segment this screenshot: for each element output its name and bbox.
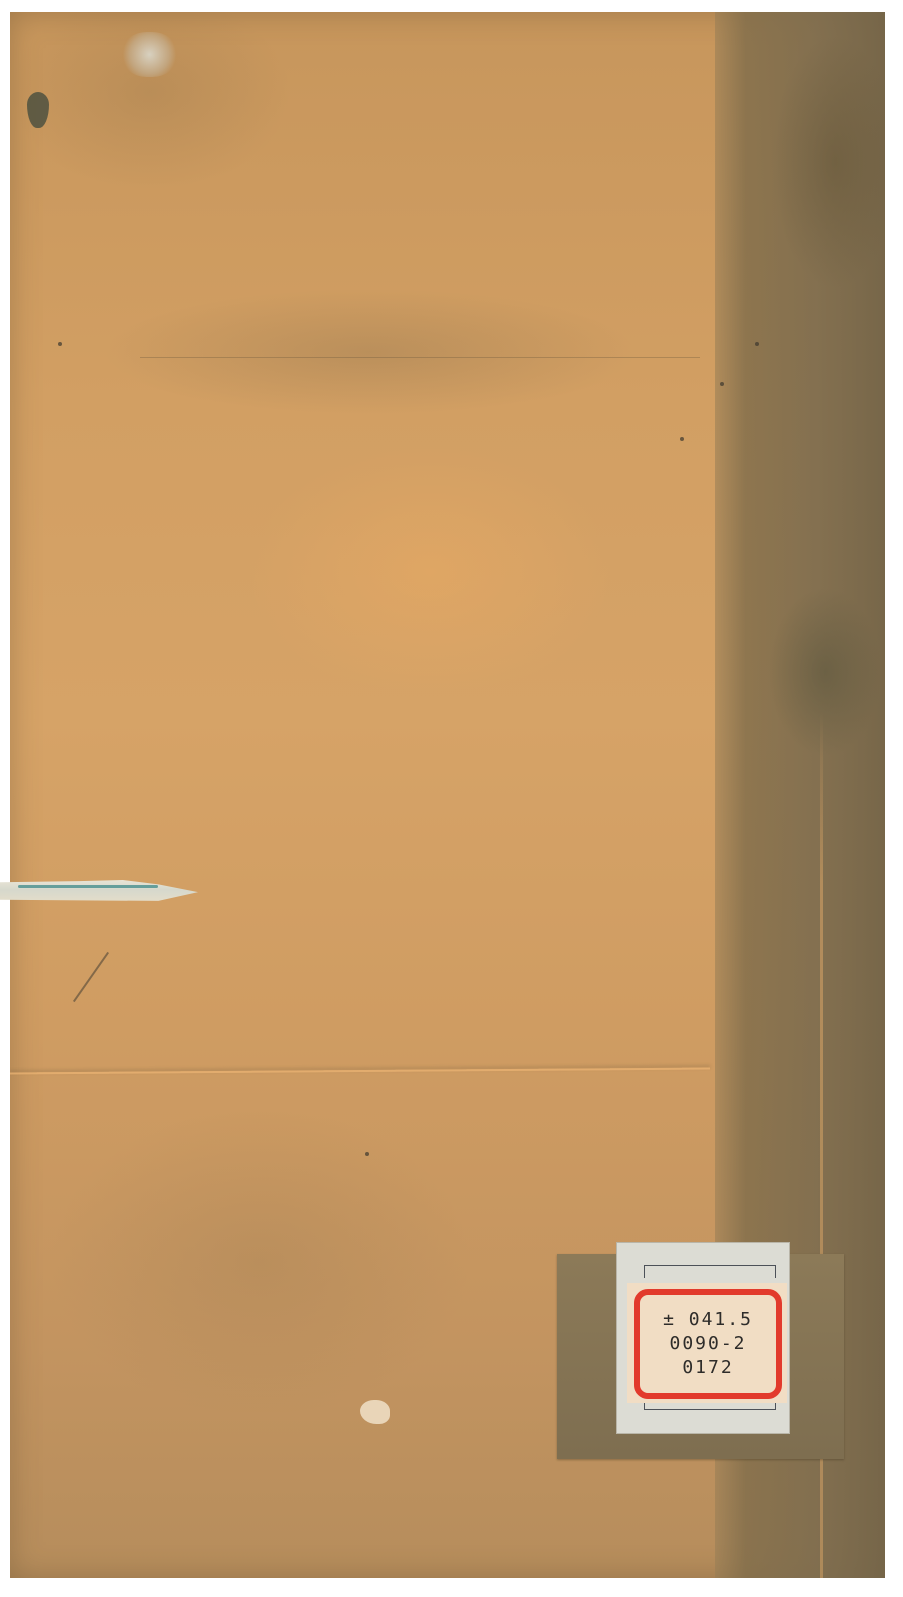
speck: [755, 342, 759, 346]
scan-page: ± 041.5 0090-2 0172: [0, 0, 903, 1597]
worn-spot: [122, 32, 177, 77]
speck: [680, 437, 684, 441]
label-red-frame: ± 041.5 0090-2 0172: [634, 1289, 782, 1399]
fold-line: [10, 1068, 710, 1075]
pencil-mark: [73, 952, 109, 1002]
call-number-line-1: ± 041.5: [663, 1309, 753, 1331]
speck: [720, 382, 724, 386]
call-number-line-2: 0090-2: [669, 1333, 746, 1355]
fold-line: [140, 357, 700, 358]
book-cover: ± 041.5 0090-2 0172: [10, 12, 885, 1578]
label-border-line: [644, 1403, 776, 1410]
label-card: ± 041.5 0090-2 0172: [627, 1283, 787, 1403]
call-number-line-3: 0172: [682, 1357, 733, 1379]
speck: [365, 1152, 369, 1156]
ink-stain: [27, 92, 49, 128]
call-number-label: ± 041.5 0090-2 0172: [616, 1242, 790, 1434]
speck: [58, 342, 62, 346]
label-border-line: [644, 1265, 776, 1278]
worn-spot: [360, 1400, 390, 1424]
